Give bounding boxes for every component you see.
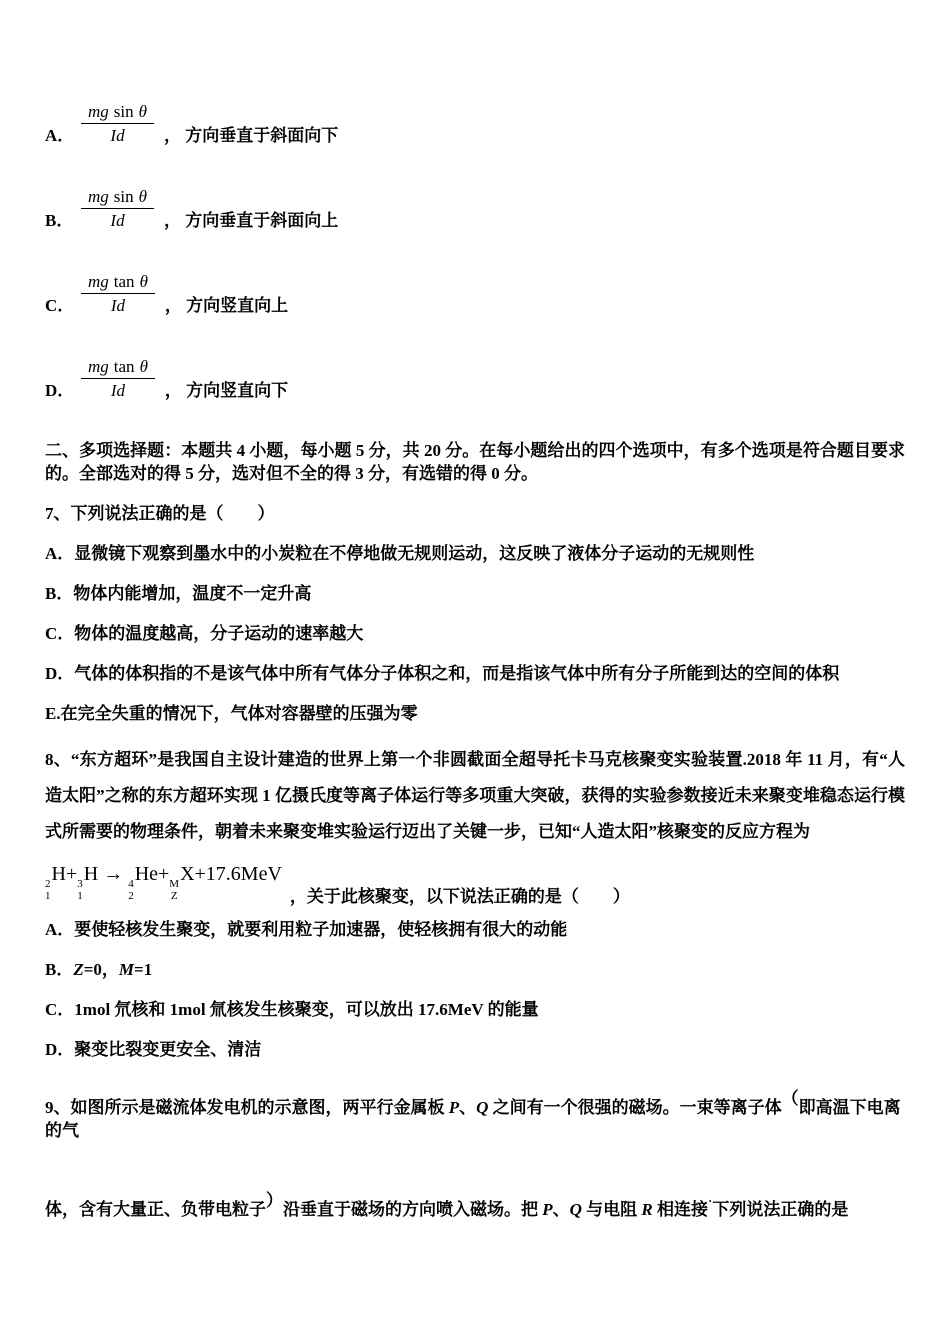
theta-symbol: θ	[140, 357, 148, 376]
q8-option-b: B．Z=0，M=1	[45, 958, 905, 981]
theta-symbol: θ	[139, 102, 147, 121]
mass-number: 3	[77, 878, 83, 890]
q7-option-c: C．物体的温度越高，分子运动的速率越大	[45, 622, 905, 645]
option-text: =1	[134, 960, 152, 979]
mass-number: 4	[128, 878, 134, 890]
z-symbol: Z	[73, 960, 83, 979]
stem-text: 下列说法正确的是	[712, 1200, 848, 1219]
fraction-numerator: mgsinθ	[81, 102, 154, 125]
trig-function: sin	[114, 102, 134, 121]
fraction-denominator: Id	[110, 209, 124, 231]
option-c-row: C． mgtanθId ， 方向竖直向上	[45, 269, 905, 316]
q8-option-a: A．要使轻核发生聚变，就要利用粒子加速器，使轻核拥有很大的动能	[45, 918, 905, 941]
mg-symbol: mg	[88, 357, 109, 376]
option-letter: B．	[45, 206, 81, 231]
q8-option-c: C．1mol 氘核和 1mol 氚核发生核聚变，可以放出 17.6MeV 的能量	[45, 998, 905, 1021]
raised-close-paren: ）	[266, 1191, 283, 1210]
raised-open-paren: （	[782, 1089, 799, 1108]
q7-option-b: B．物体内能增加，温度不一定升高	[45, 582, 905, 605]
nuclide-symbol: He+	[135, 863, 170, 885]
nuclear-equation-math: 21H+31H → 42He+MZX+17.6MeV	[45, 863, 282, 902]
plate-q-symbol: Q	[570, 1200, 582, 1219]
plate-q-symbol: Q	[476, 1098, 488, 1117]
mg-symbol: mg	[88, 272, 109, 291]
fraction-numerator: mgtanθ	[81, 272, 155, 295]
prescript-deuterium: 21	[45, 878, 51, 902]
atomic-number: 1	[77, 890, 83, 902]
prescript-helium: 42	[128, 878, 134, 902]
trig-function: sin	[114, 187, 134, 206]
fraction-numerator: mgtanθ	[81, 357, 155, 380]
fraction-formula: mgsinθId	[81, 187, 154, 231]
question-9-line-1: 9、如图所示是磁流体发电机的示意图，两平行金属板 P、Q 之间有一个很强的磁场。…	[45, 1087, 905, 1142]
resistor-r-symbol: R	[641, 1200, 652, 1219]
stem-text: 体，含有大量正、负带电粒子	[45, 1200, 266, 1219]
atomic-number: 1	[45, 890, 51, 902]
option-letter: D．	[45, 376, 81, 401]
id-symbol: Id	[110, 126, 124, 145]
plate-p-symbol: P	[542, 1200, 552, 1219]
q8-option-d: D．聚变比裂变更安全、清洁	[45, 1038, 905, 1061]
m-symbol: M	[119, 960, 134, 979]
question-8-stem: 8、“东方超环”是我国自主设计建造的世界上第一个非圆截面全超导托卡马克核聚变实验…	[45, 742, 905, 850]
stem-text: 9、如图所示是磁流体发电机的示意图，两平行金属板	[45, 1098, 449, 1117]
stem-text: 、	[459, 1098, 476, 1117]
mass-number: 2	[45, 878, 51, 890]
id-symbol: Id	[111, 381, 125, 400]
fraction-denominator: Id	[111, 379, 125, 401]
fraction-denominator: Id	[111, 294, 125, 316]
trig-function: tan	[114, 272, 135, 291]
nuclide-symbol-and-energy: X+17.6MeV	[180, 863, 282, 885]
prescript-tritium: 31	[77, 878, 83, 902]
stem-text: 与电阻	[582, 1200, 642, 1219]
option-text: =0，	[84, 960, 119, 979]
trig-function: tan	[114, 357, 135, 376]
option-b-row: B． mgsinθId ， 方向垂直于斜面向上	[45, 184, 905, 231]
atomic-number: 2	[128, 890, 134, 902]
plate-p-symbol: P	[449, 1098, 459, 1117]
question-7-stem: 7、下列说法正确的是（ ）	[45, 502, 905, 525]
fraction-formula: mgtanθId	[81, 357, 155, 401]
option-direction-text: ， 方向竖直向上	[165, 296, 288, 316]
fusion-reaction-equation: 21H+31H → 42He+MZX+17.6MeV ，关于此核聚变，以下说法正…	[45, 867, 905, 907]
atomic-number: Z	[171, 890, 178, 902]
question-6-options: A． mgsinθId ， 方向垂直于斜面向下 B． mgsinθId ， 方向…	[45, 0, 905, 401]
theta-symbol: θ	[139, 187, 147, 206]
stem-text: 相连接	[653, 1200, 708, 1219]
option-letter: B．	[45, 960, 73, 979]
fraction-denominator: Id	[110, 124, 124, 146]
mass-number: M	[169, 878, 179, 890]
q7-option-d: D．气体的体积指的不是该气体中所有气体分子体积之和，而是指该气体中所有分子所能到…	[45, 662, 905, 685]
option-direction-text: ， 方向垂直于斜面向下	[164, 126, 338, 146]
fraction-numerator: mgsinθ	[81, 187, 154, 210]
theta-symbol: θ	[140, 272, 148, 291]
nuclide-symbol: H+	[52, 863, 78, 885]
id-symbol: Id	[111, 296, 125, 315]
q7-option-e: E.在完全失重的情况下，气体对容器壁的压强为零	[45, 702, 905, 725]
mg-symbol: mg	[88, 187, 109, 206]
fraction-formula: mgtanθId	[81, 272, 155, 316]
q7-option-a: A．显微镜下观察到墨水中的小炭粒在不停地做无规则运动，这反映了液体分子运动的无规…	[45, 542, 905, 565]
option-a-row: A． mgsinθId ， 方向垂直于斜面向下	[45, 99, 905, 146]
question-9-line-2: 体，含有大量正、负带电粒子）沿垂直于磁场的方向喷入磁场。把 P、Q 与电阻 R …	[45, 1189, 905, 1221]
id-symbol: Id	[110, 211, 124, 230]
fraction-formula: mgsinθId	[81, 102, 154, 146]
exam-document-page: A． mgsinθId ， 方向垂直于斜面向下 B． mgsinθId ， 方向…	[0, 0, 950, 1344]
option-letter: A．	[45, 121, 81, 146]
prescript-x-particle: MZ	[169, 878, 179, 902]
stem-text: 沿垂直于磁场的方向喷入磁场。把	[283, 1200, 542, 1219]
nuclide-symbol: H	[84, 863, 98, 885]
option-letter: C．	[45, 291, 81, 316]
question-8-options: A．要使轻核发生聚变，就要利用粒子加速器，使轻核拥有很大的动能 B．Z=0，M=…	[45, 918, 905, 1061]
section-2-header: 二、多项选择题：本题共 4 小题，每小题 5 分，共 20 分。在每小题给出的四…	[45, 439, 905, 485]
mg-symbol: mg	[88, 102, 109, 121]
option-direction-text: ， 方向垂直于斜面向上	[164, 211, 338, 231]
equation-tail-text: ，关于此核聚变，以下说法正确的是（ ）	[290, 882, 630, 907]
question-7-options: A．显微镜下观察到墨水中的小炭粒在不停地做无规则运动，这反映了液体分子运动的无规…	[45, 542, 905, 725]
stem-text: 之间有一个很强的磁场。一束等离子体	[488, 1098, 781, 1117]
option-direction-text: ， 方向竖直向下	[165, 381, 288, 401]
stem-text: 、	[553, 1200, 570, 1219]
option-d-row: D． mgtanθId ， 方向竖直向下	[45, 354, 905, 401]
reaction-arrow: →	[98, 863, 128, 885]
